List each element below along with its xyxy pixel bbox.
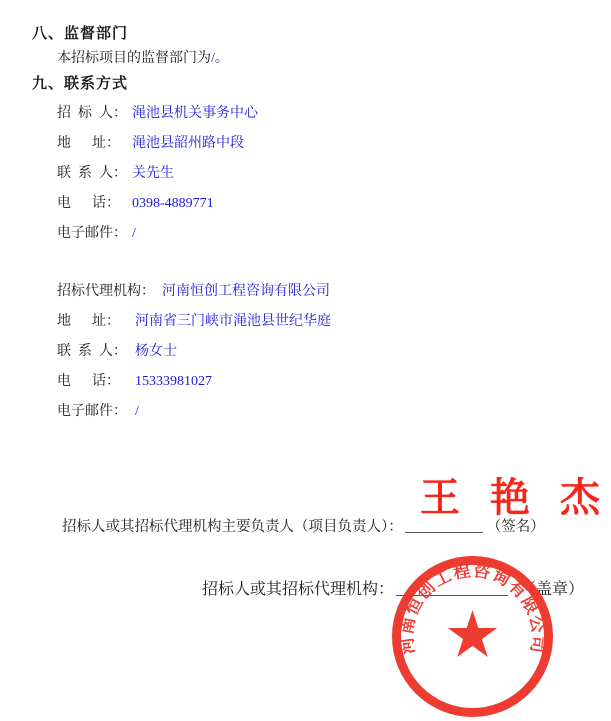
agency-address-value: 河南省三门峡市渑池县世纪华庭 [128,307,331,337]
tenderer-phone-row: 电 话： 0398-4889771 [57,189,258,219]
supervision-paragraph-text: 本招标项目的监督部门为 [57,51,211,66]
tenderer-email-row: 电子邮件： / [57,219,258,249]
agency-name-label: 招标代理机构： [57,277,155,307]
signature-line-suffix: （签名） [487,519,545,535]
tenderer-contact-person-row: 联 系 人： 关先生 [57,159,258,189]
company-seal-stamp: 河南恒创工程咨询有限公司 [391,555,554,718]
stamp-star-icon [448,610,497,657]
agency-phone-row: 电 话： 15333981027 [57,367,331,397]
supervision-department-paragraph: 本招标项目的监督部门为/。 [57,47,229,67]
agency-name-value: 河南恒创工程咨询有限公司 [155,277,330,307]
responsible-person-signature-line: 招标人或其招标代理机构主要负责人（项目负责人）：（签名） [62,516,545,538]
agency-contact-person-label: 联 系 人： [57,337,128,367]
agency-email-row: 电子邮件： / [57,397,331,427]
tenderer-email-value: / [128,219,136,249]
tenderer-address-label: 地 址： [57,129,128,159]
tenderer-name-value: 渑池县机关事务中心 [128,99,258,129]
agency-phone-value: 15333981027 [128,367,212,397]
tenderer-address-row: 地 址： 渑池县韶州路中段 [57,129,258,159]
agency-address-row: 地 址： 河南省三门峡市渑池县世纪华庭 [57,307,331,337]
agency-contact-person-value: 杨女士 [128,337,177,367]
agency-email-label: 电子邮件： [57,397,128,427]
tenderer-contact-person-value: 关先生 [128,159,174,189]
supervision-paragraph-period: 。 [215,51,229,66]
tenderer-name-row: 招 标 人： 渑池县机关事务中心 [57,99,258,129]
section-heading-contact-info: 九、联系方式 [32,72,128,93]
tenderer-contact-person-label: 联 系 人： [57,159,128,189]
agency-address-label: 地 址： [57,307,128,337]
section-heading-supervision-department: 八、监督部门 [32,22,128,43]
tender-notice-page: 八、监督部门 本招标项目的监督部门为/。 九、联系方式 招 标 人： 渑池县机关… [0,0,611,721]
tenderer-phone-value: 0398-4889771 [128,189,214,219]
tenderer-phone-label: 电 话： [57,189,128,219]
signature-blank-underline [405,517,483,533]
tenderer-address-value: 渑池县韶州路中段 [128,129,244,159]
handwritten-signature-wang-yanjie: 王艳杰 [420,476,611,520]
signature-line-label: 招标人或其招标代理机构主要负责人（项目负责人）： [62,519,403,535]
tenderer-contact-block: 招 标 人： 渑池县机关事务中心 地 址： 渑池县韶州路中段 联 系 人： 关先… [57,99,258,249]
agency-name-row: 招标代理机构： 河南恒创工程咨询有限公司 [57,277,331,307]
agency-contact-block: 招标代理机构： 河南恒创工程咨询有限公司 地 址： 河南省三门峡市渑池县世纪华庭… [57,277,331,427]
agency-email-value: / [128,397,139,427]
agency-contact-person-row: 联 系 人： 杨女士 [57,337,331,367]
tenderer-email-label: 电子邮件： [57,219,128,249]
tenderer-name-label: 招 标 人： [57,99,128,129]
agency-phone-label: 电 话： [57,367,128,397]
seal-line-label: 招标人或其招标代理机构： [202,581,394,598]
